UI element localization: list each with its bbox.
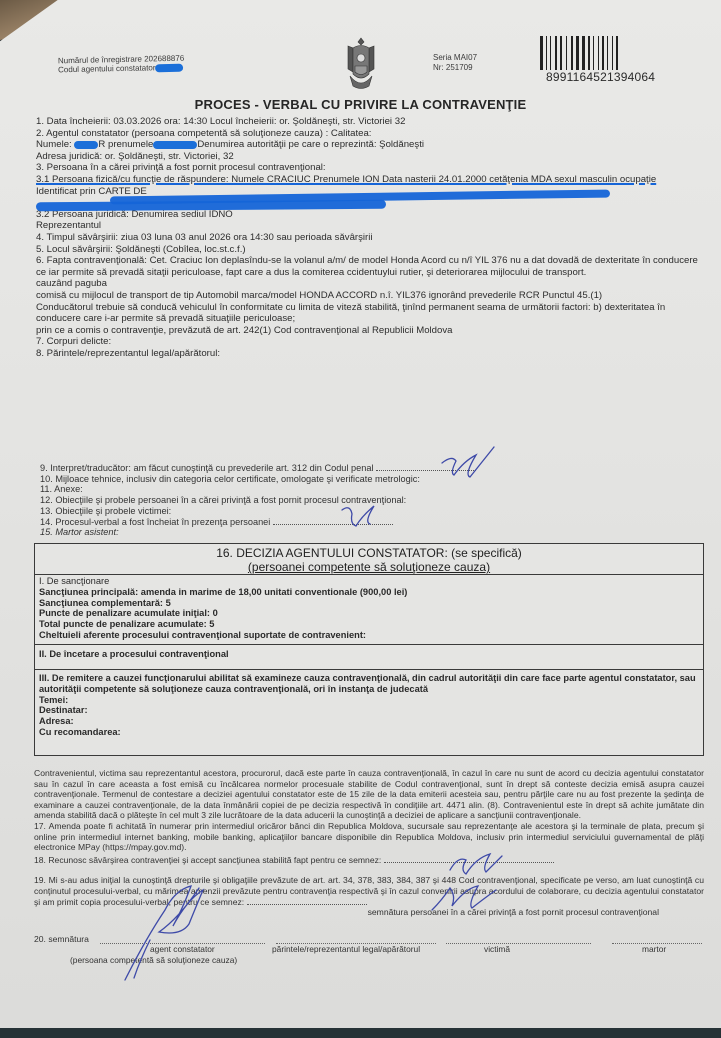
section-6-damage: cauzând paguba	[36, 278, 706, 290]
referral-recommendation: Cu recomandarea:	[39, 727, 699, 738]
referral-grounds: Temei:	[39, 695, 699, 706]
witness-caption: martor	[642, 944, 666, 954]
expenses: Cheltuieli aferente procesului contraven…	[39, 630, 699, 641]
section-5-place: 5. Locul săvârşirii: Şoldăneşti (Cobîlea…	[36, 244, 706, 256]
victim-caption: victimă	[484, 944, 510, 954]
termination-section: II. De încetare a procesului contravenţi…	[35, 644, 703, 669]
floor-background	[0, 1028, 721, 1038]
section-4-time: 4. Timpul săvârşirii: ziua 03 luna 03 an…	[36, 232, 706, 244]
barcode-bar	[588, 36, 590, 70]
barcode-bar	[582, 36, 585, 70]
barcode-bar	[600, 36, 601, 70]
moldova-coat-of-arms-icon	[340, 36, 382, 92]
total-points: Total puncte de penalizare acumulate: 5	[39, 619, 699, 630]
section-6-rule: Conducătorul trebuie să conducă vehiculu…	[36, 302, 706, 325]
barcode-bar	[614, 36, 615, 70]
registration-number: 202688876	[144, 54, 184, 64]
section-2-address: Adresa juridică: or. Şoldăneşti, str. Vi…	[36, 151, 706, 163]
signature-19	[430, 880, 500, 920]
barcode-bar	[571, 36, 573, 70]
section-representative: Reprezentantul	[36, 220, 706, 232]
termination-heading: II. De încetare a procesului contravenţi…	[39, 649, 699, 660]
barcode-bar	[552, 36, 554, 70]
referral-address: Adresa:	[39, 716, 699, 727]
section-3-person: 3. Persoana în a cărei privinţă a fost p…	[36, 162, 706, 174]
section-9-interpreter: 9. Interpret/traducător: am făcut cunoşt…	[40, 463, 680, 474]
barcode-bar	[544, 36, 545, 70]
series-info: Seria MAI07 Nr: 251709	[433, 53, 477, 73]
barcode-bar	[558, 36, 559, 70]
signature-18	[448, 850, 508, 880]
section-6-article: prin ce a comis o contravenţie, prevăzut…	[36, 325, 706, 337]
decision-header: 16. DECIZIA AGENTULUI CONSTATATOR: (se s…	[35, 544, 703, 574]
referral-section: III. De remitere a cauzei funcţionarului…	[35, 669, 703, 738]
section-7-evidence: 7. Corpuri delicte:	[36, 336, 706, 348]
barcode-bar	[574, 36, 575, 70]
section-2-agent: 2. Agentul constatator (persoana compete…	[36, 128, 706, 140]
section-2-name: Numele: R prenumeleDenumirea autorităţii…	[36, 139, 706, 151]
decision-subtitle: (persoanei competente să soluţioneze cau…	[35, 560, 703, 574]
barcode-bar	[563, 36, 565, 70]
barcode-bar	[550, 36, 551, 70]
main-sanction: Sancţiunea principală: amenda in marime …	[39, 587, 699, 598]
redacted-agent-firstname	[153, 141, 197, 149]
redacted-agent-name	[74, 141, 98, 149]
signature-label: 20. semnătura	[34, 934, 89, 944]
barcode-bar	[576, 36, 579, 70]
parent-caption: părintele/reprezentantul legal/apărătoru…	[272, 944, 420, 954]
series-label: Seria MAI07	[433, 53, 477, 63]
referral-recipient: Destinatar:	[39, 705, 699, 716]
barcode-bar	[560, 36, 562, 70]
complementary-sanction: Sancţiunea complementară: 5	[39, 598, 699, 609]
barcode-bar	[548, 36, 549, 70]
barcode-bar	[612, 36, 613, 70]
barcode-bar	[602, 36, 604, 70]
signature-14	[340, 500, 380, 530]
barcode-bar	[591, 36, 592, 70]
section-18-acknowledgement: 18. Recunosc săvârşirea contravenţiei şi…	[34, 855, 704, 866]
appeal-notice: Contravenientul, victima sau reprezentan…	[34, 768, 704, 821]
barcode-bar	[546, 36, 547, 70]
signature-line	[247, 898, 367, 905]
section-17-payment: 17. Amenda poate fi achitată în numerar …	[34, 821, 704, 853]
barcode-bar	[616, 36, 618, 70]
sanction-section: I. De sancţionare Sancţiunea principală:…	[35, 574, 703, 644]
section-8-parent: 8. Părintele/reprezentantul legal/apărăt…	[36, 348, 706, 360]
barcode-bar	[605, 36, 606, 70]
barcode-bar	[593, 36, 594, 70]
redacted-agent-code	[155, 63, 183, 72]
barcode-bar	[555, 36, 557, 70]
section-11-annexes: 11. Anexe:	[40, 484, 680, 495]
sanction-heading: I. De sancţionare	[39, 576, 699, 587]
section-3-1-physical-person: 3.1 Persoana fizică/cu funcţie de răspun…	[36, 174, 706, 186]
document-title: PROCES - VERBAL CU PRIVIRE LA CONTRAVENŢ…	[0, 97, 721, 112]
barcode-bar	[580, 36, 581, 70]
referral-heading: III. De remitere a cauzei funcţionarului…	[39, 673, 699, 695]
section-6-offense: 6. Fapta contravenţională: Cet. Craciuc …	[36, 255, 706, 278]
barcode-number: 8991164521394064	[546, 70, 655, 84]
victim-signature-line	[446, 942, 591, 944]
signature-9	[440, 445, 500, 485]
barcode-bar	[595, 36, 597, 70]
decision-box: 16. DECIZIA AGENTULUI CONSTATATOR: (se s…	[34, 543, 704, 756]
registration-info: Numărul de înregistrare 202688876 Codul …	[58, 54, 185, 75]
barcode-bar	[607, 36, 608, 70]
barcode-bar	[598, 36, 599, 70]
section-6-vehicle: comisă cu mijlocul de transport de tip A…	[36, 290, 706, 302]
barcode-bar	[586, 36, 587, 70]
barcode-bar	[568, 36, 570, 70]
barcode	[540, 36, 710, 70]
barcode-bar	[566, 36, 567, 70]
section-1-date: 1. Data încheierii: 03.03.2026 ora: 14:3…	[36, 116, 706, 128]
barcode-bar	[619, 36, 621, 70]
agent-signature	[120, 880, 230, 990]
decision-title: 16. DECIZIA AGENTULUI CONSTATATOR: (se s…	[35, 546, 703, 560]
section-10-technical: 10. Mijloace tehnice, inclusiv din categ…	[40, 474, 680, 485]
case-details: 1. Data încheierii: 03.03.2026 ora: 14:3…	[36, 116, 706, 359]
barcode-bar	[609, 36, 611, 70]
barcode-bar	[540, 36, 543, 70]
number-label: Nr: 251709	[433, 63, 477, 73]
initial-points: Puncte de penalizare acumulate iniţial: …	[39, 608, 699, 619]
